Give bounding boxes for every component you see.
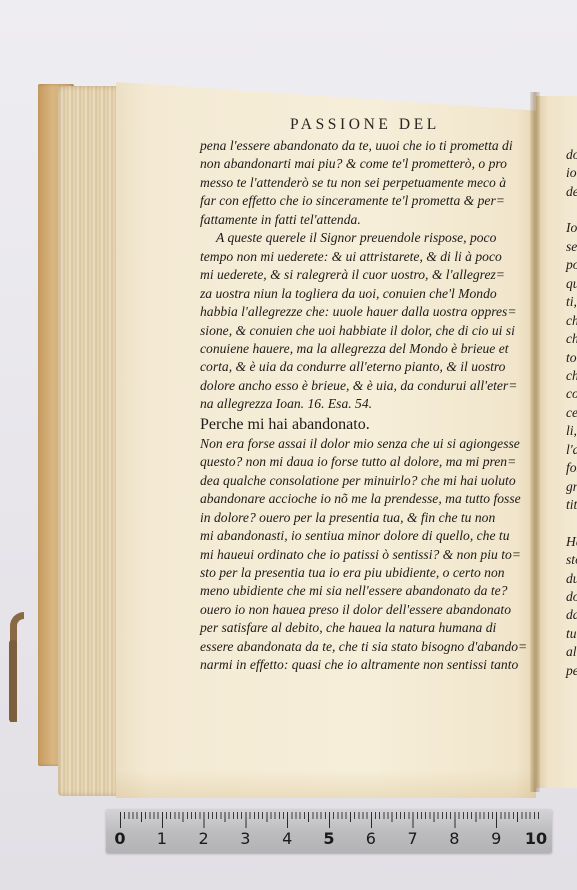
ruler-label: 3	[240, 829, 250, 848]
text-line: abandonare accioche io nõ me la prendess…	[200, 490, 518, 508]
text-line: essere abandonata da te, che ti sia stat…	[200, 638, 518, 656]
ruler-label: 9	[491, 829, 501, 848]
text-fragment: sto	[566, 551, 577, 569]
text-line: na allegrezza Ioan. 16. Esa. 54.	[200, 395, 518, 413]
text-line: sto per la presentia tua io era piu ubid…	[200, 564, 518, 582]
text-fragment: li,	[566, 422, 577, 440]
book-gutter	[530, 92, 540, 792]
text-line: questo? non mi daua io forse tutto al do…	[200, 453, 518, 471]
text-fragment: foss	[566, 459, 577, 477]
text-fragment: io	[566, 164, 577, 182]
text-line: za uostra niun la togliera da uoi, conui…	[200, 285, 518, 303]
ruler-label: 7	[408, 829, 418, 848]
text-fragment: ch	[566, 312, 577, 330]
text-line: conuiene hauere, ma la allegrezza del Mo…	[200, 340, 518, 358]
text-fragment: gn	[566, 478, 577, 496]
text-line: messo te l'attenderò se tu non sei perpe…	[200, 174, 518, 192]
text-line: corta, & è uia da condurre all'eterno pi…	[200, 358, 518, 376]
text-fragment: tit	[566, 496, 577, 514]
text-fragment: to	[566, 349, 577, 367]
text-fragment: se	[566, 238, 577, 256]
right-page-text-fragment: do io de Io se po qu ti, ch ch to ch co …	[566, 146, 577, 680]
text-fragment: l'a	[566, 441, 577, 459]
paragraph-gap	[566, 515, 577, 533]
text-line: meno ubidiente che mi sia nell'essere ab…	[200, 582, 518, 600]
text-fragment: du	[566, 570, 577, 588]
text-fragment: tu	[566, 625, 577, 643]
text-line: narmi in effetto: quasi che io altrament…	[200, 656, 518, 674]
text-line: mi haueui ordinato che io patissi ò sent…	[200, 546, 518, 564]
text-fragment: pe	[566, 662, 577, 680]
text-line: habbia l'allegrezze che: uuole hauer dal…	[200, 303, 518, 321]
text-fragment: co	[566, 385, 577, 403]
text-line: ouero io non hauea preso il dolor dell'e…	[200, 601, 518, 619]
text-line: sione, & conuien che uoi habbiate il dol…	[200, 322, 518, 340]
text-fragment: de	[566, 183, 577, 201]
text-line: Non era forse assai il dolor mio senza c…	[200, 435, 518, 453]
ruler-labels: 0 1 2 3 4 5 6 7 8 9 10	[106, 829, 552, 849]
text-fragment: da	[566, 606, 577, 624]
ruler-label: 5	[323, 829, 334, 848]
left-page-text: pena l'essere abandonato da te, uuoi che…	[200, 137, 518, 675]
text-fragment: Io	[566, 219, 577, 237]
ruler-label: 6	[366, 829, 376, 848]
text-line: pena l'essere abandonato da te, uuoi che…	[200, 137, 518, 155]
text-line: A queste querele il Signor preuendole ri…	[200, 229, 518, 247]
text-line: far con effetto che io sinceramente te'l…	[200, 192, 518, 210]
ruler-label: 2	[199, 829, 209, 848]
text-line: mi abandonasti, io sentiua minor dolore …	[200, 527, 518, 545]
text-line: tempo non mi uederete: & ui attristarete…	[200, 248, 518, 266]
text-fragment: ch	[566, 367, 577, 385]
page-block-edges	[58, 86, 120, 796]
ruler-label: 8	[449, 829, 459, 848]
text-line: dea qualche consolatione per minuirlo? c…	[200, 472, 518, 490]
text-line: mi uederete, & si ralegrerà il cuor uost…	[200, 266, 518, 284]
text-fragment: do	[566, 146, 577, 164]
text-line: fattamente in fatti tel'attenda.	[200, 211, 518, 229]
left-page-foot-stain	[116, 770, 536, 798]
text-line: dolore ancho esso è brieue, & è uia, da …	[200, 377, 518, 395]
paragraph-gap	[566, 201, 577, 219]
text-fragment: al	[566, 643, 577, 661]
running-head: PASSIONE DEL	[290, 116, 440, 134]
text-fragment: ch	[566, 330, 577, 348]
text-fragment: do	[566, 588, 577, 606]
text-fragment: ce	[566, 404, 577, 422]
ruler-label: 4	[282, 829, 292, 848]
text-fragment: ti,	[566, 293, 577, 311]
text-line: non abandonarti mai piu? & come te'l pro…	[200, 155, 518, 173]
text-fragment: qu	[566, 275, 577, 293]
bookmark-ribbon-tail	[9, 640, 17, 722]
text-fragment: po	[566, 256, 577, 274]
section-heading: Perche mi hai abandonato.	[200, 415, 518, 435]
text-line: in dolore? ouero per la presentia tua, &…	[200, 509, 518, 527]
scale-ruler: 0 1 2 3 4 5 6 7 8 9 10	[106, 809, 552, 853]
ruler-label: 10	[525, 829, 547, 848]
text-fragment: Ha	[566, 533, 577, 551]
ruler-major-ticks	[120, 812, 538, 828]
ruler-label: 1	[157, 829, 167, 848]
text-line: per satisfare al debito, che hauea la na…	[200, 619, 518, 637]
ruler-label: 0	[114, 829, 125, 848]
